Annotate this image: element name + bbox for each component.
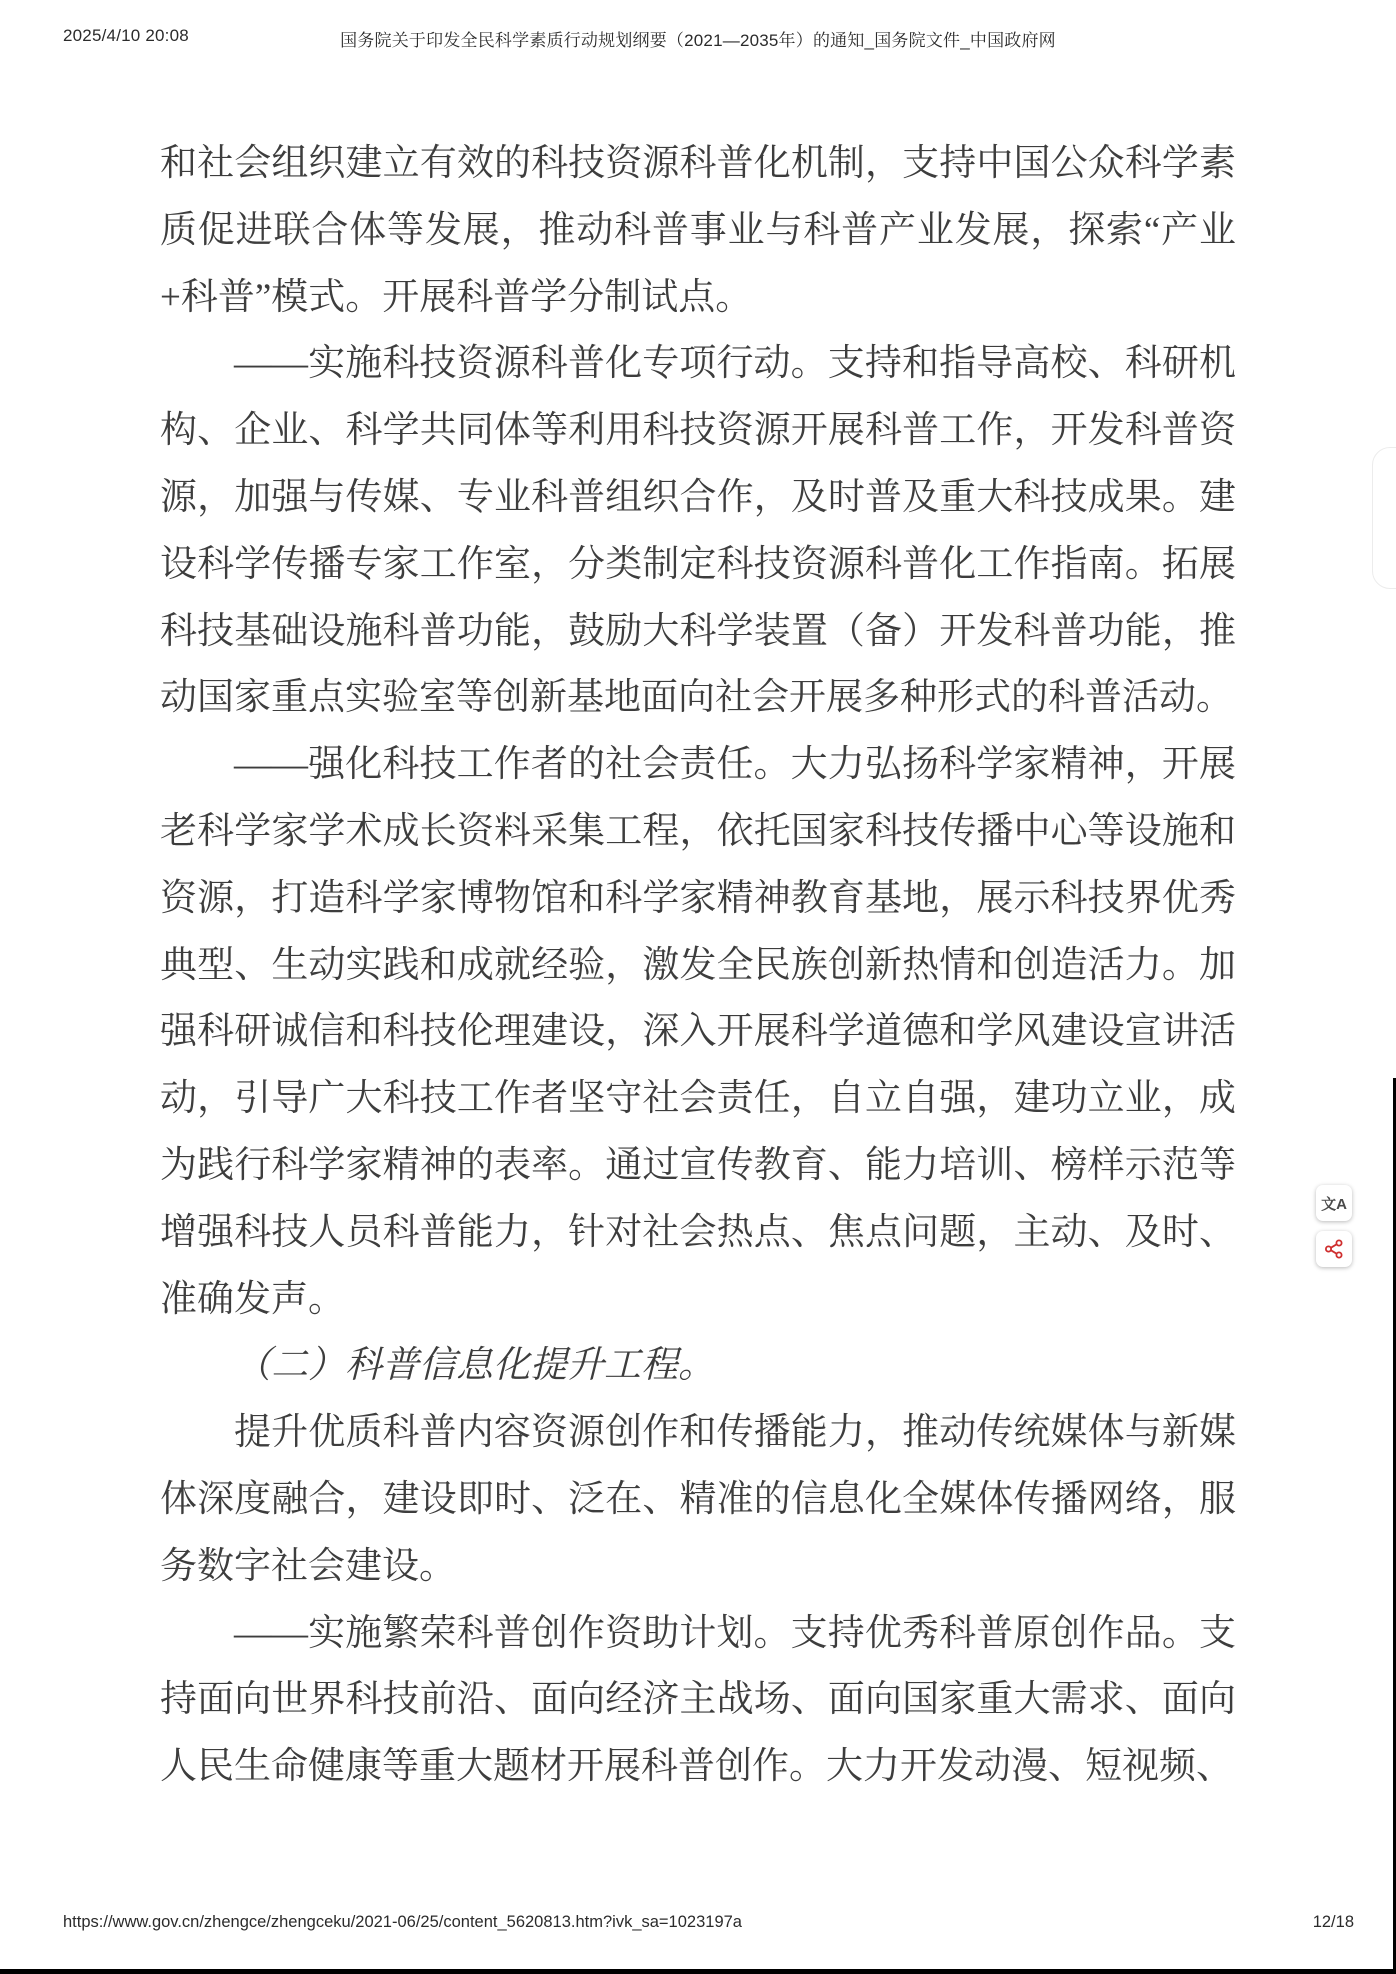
paragraph: ——实施科技资源科普化专项行动。支持和指导高校、科研机构、企业、科学共同体等利用… [160, 331, 1236, 732]
share-button[interactable] [1316, 1231, 1352, 1267]
print-title: 国务院关于印发全民科学素质行动规划纲要（2021—2035年）的通知_国务院文件… [0, 26, 1396, 51]
translate-button[interactable]: 文A [1316, 1185, 1352, 1221]
paragraph: ——强化科技工作者的社会责任。大力弘扬科学家精神，开展老科学家学术成长资料采集工… [160, 732, 1236, 1333]
print-header: 2025/4/10 20:08 国务院关于印发全民科学素质行动规划纲要（2021… [0, 26, 1396, 52]
print-url: https://www.gov.cn/zhengce/zhengceku/202… [63, 1913, 742, 1932]
floating-panel-edge [1372, 447, 1396, 589]
page-number: 12/18 [1313, 1913, 1354, 1932]
print-footer: https://www.gov.cn/zhengce/zhengceku/202… [0, 1913, 1396, 1937]
paragraph: 提升优质科普内容资源创作和传播能力，推动传统媒体与新媒体深度融合，建设即时、泛在… [160, 1400, 1236, 1600]
paragraph: ——实施繁荣科普创作资助计划。支持优秀科普原创作品。支持面向世界科技前沿、面向经… [160, 1601, 1236, 1801]
print-preview-page: 2025/4/10 20:08 国务院关于印发全民科学素质行动规划纲要（2021… [0, 0, 1396, 1974]
share-icon [1324, 1239, 1344, 1259]
paragraph: （二）科普信息化提升工程。 [160, 1333, 1236, 1400]
translate-icon: 文A [1321, 1193, 1347, 1214]
paragraph: 和社会组织建立有效的科技资源科普化机制，支持中国公众科学素质促进联合体等发展，推… [160, 131, 1236, 331]
screenshot-bottom-edge [0, 1969, 1396, 1974]
document-body: 和社会组织建立有效的科技资源科普化机制，支持中国公众科学素质促进联合体等发展，推… [160, 131, 1236, 1801]
